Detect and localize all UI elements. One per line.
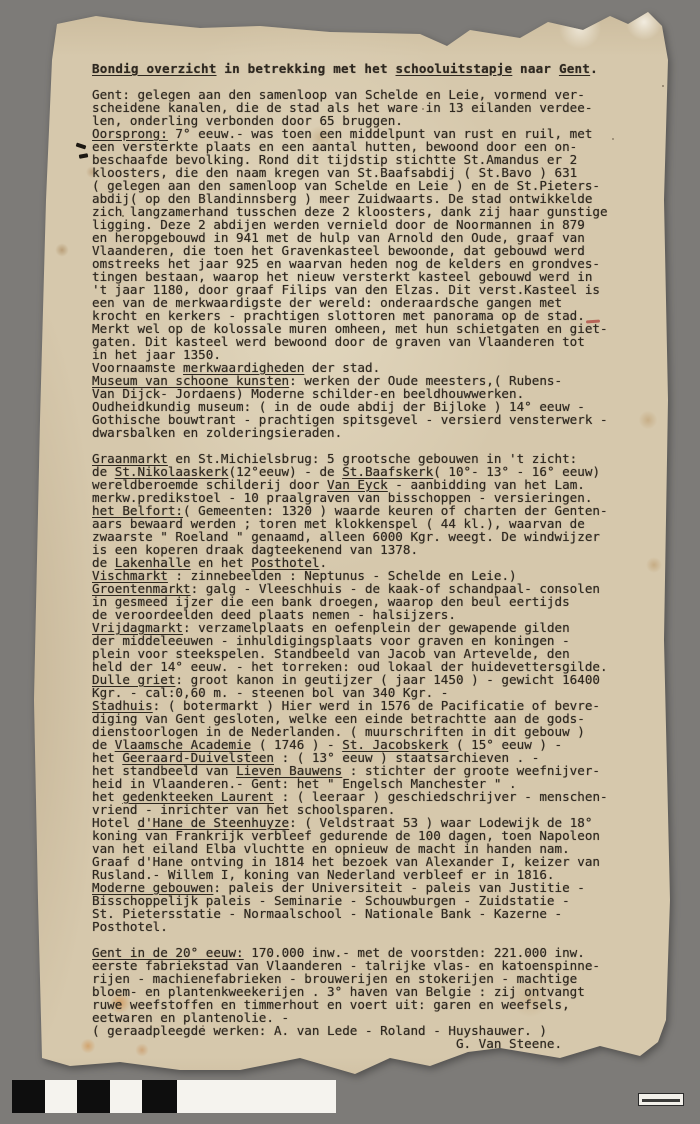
ink-mark [79, 153, 89, 159]
calibration-black-square [77, 1080, 110, 1113]
document-line: dwarsbalken en zolderingsieraden. [92, 426, 654, 439]
calibration-white-bar [177, 1080, 336, 1113]
scale-marker [638, 1093, 684, 1106]
scanned-document-photo: Bondig overzicht in betrekking met het s… [0, 0, 700, 1124]
calibration-white-square [45, 1080, 77, 1113]
calibration-black-square [12, 1080, 45, 1113]
scale-marker-line [642, 1099, 680, 1102]
ink-mark [76, 143, 87, 150]
document-lines: Bondig overzicht in betrekking met het s… [92, 62, 654, 1050]
paper-sheet-wrap: Bondig overzicht in betrekking met het s… [0, 0, 700, 1124]
document-line: Posthotel. [92, 920, 654, 933]
document-line: G. Van Steene. [92, 1037, 654, 1050]
paper-sheet: Bondig overzicht in betrekking met het s… [0, 0, 700, 1124]
document-title-line: Bondig overzicht in betrekking met het s… [92, 62, 654, 75]
calibration-white-square [110, 1080, 142, 1113]
document-line: St. Pietersstatie - Normaalschool - Nati… [92, 907, 654, 920]
calibration-black-square [142, 1080, 177, 1113]
